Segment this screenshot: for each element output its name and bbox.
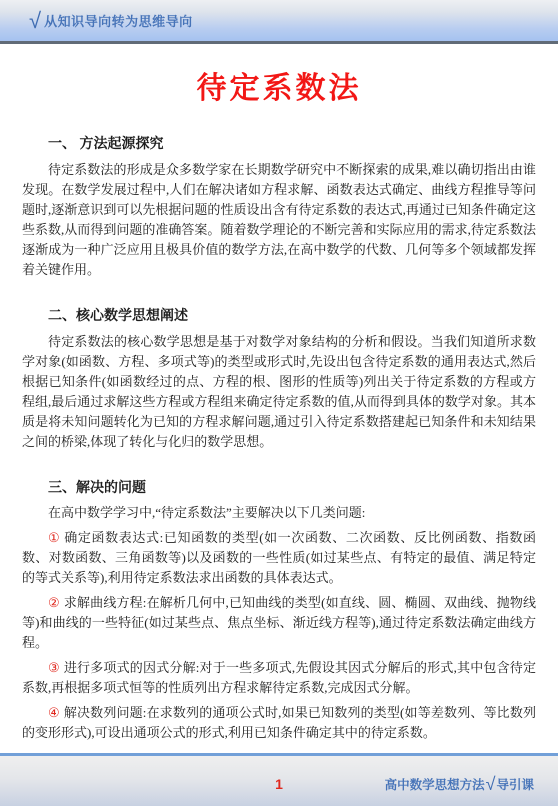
item-number-marker: ③ (48, 660, 60, 675)
numbered-item-4: ④解决数列问题:在求数列的通项公式时,如果已知数列的类型(如等差数列、等比数列的… (22, 703, 536, 743)
section-2-heading: 二、核心数学思想阐述 (22, 307, 536, 326)
item-body: 进行多项式的因式分解:对于一些多项式,先假设其因式分解后的形式,其中包含待定系数… (22, 660, 536, 695)
section-1-paragraph: 待定系数法的形成是众多数学家在长期数学研究中不断探索的成果,难以确切指出由谁发现… (22, 160, 536, 280)
numbered-item-2: ②求解曲线方程:在解析几何中,已知曲线的类型(如直线、圆、椭圆、双曲线、抛物线等… (22, 593, 536, 653)
check-mark-icon: √ (486, 775, 496, 793)
item-number-marker: ① (48, 530, 60, 545)
section-3-intro: 在高中数学学习中,“待定系数法”主要解决以下几类问题: (22, 503, 536, 523)
section-2-paragraph: 待定系数法的核心数学思想是基于对数学对象结构的分析和假设。当我们知道所求数学对象… (22, 332, 536, 452)
footer-course-label: 高中数学思想方法√导引课 (385, 775, 534, 793)
header-bar: √ 从知识导向转为思维导向 (0, 0, 558, 44)
document-title: 待定系数法 (22, 70, 536, 108)
document-body: 待定系数法 一、 方法起源探究 待定系数法的形成是众多数学家在长期数学研究中不断… (0, 70, 558, 743)
item-body: 求解曲线方程:在解析几何中,已知曲线的类型(如直线、圆、椭圆、双曲线、抛物线等)… (22, 595, 536, 650)
section-3-heading: 三、解决的问题 (22, 479, 536, 498)
section-1-heading: 一、 方法起源探究 (22, 135, 536, 154)
item-body: 解决数列问题:在求数列的通项公式时,如果已知数列的类型(如等差数列、等比数列的变… (22, 705, 536, 740)
item-number-marker: ④ (48, 705, 60, 720)
header-slogan: 从知识导向转为思维导向 (44, 11, 193, 30)
course-label-suffix: 导引课 (496, 775, 534, 793)
course-label-prefix: 高中数学思想方法 (385, 775, 485, 793)
item-number-marker: ② (48, 595, 60, 610)
numbered-item-1: ①确定函数表达式:已知函数的类型(如一次函数、二次函数、反比例函数、指数函数、对… (22, 528, 536, 588)
check-mark-icon: √ (29, 10, 41, 32)
numbered-item-3: ③进行多项式的因式分解:对于一些多项式,先假设其因式分解后的形式,其中包含待定系… (22, 658, 536, 698)
page-number: 1 (275, 776, 283, 792)
item-body: 确定函数表达式:已知函数的类型(如一次函数、二次函数、反比例函数、指数函数、对数… (22, 530, 536, 585)
document-page: √ 从知识导向转为思维导向 待定系数法 一、 方法起源探究 待定系数法的形成是众… (0, 0, 558, 743)
footer-area: 1 高中数学思想方法√导引课 (0, 756, 558, 806)
footer-bar: 1 高中数学思想方法√导引课 (0, 753, 558, 806)
